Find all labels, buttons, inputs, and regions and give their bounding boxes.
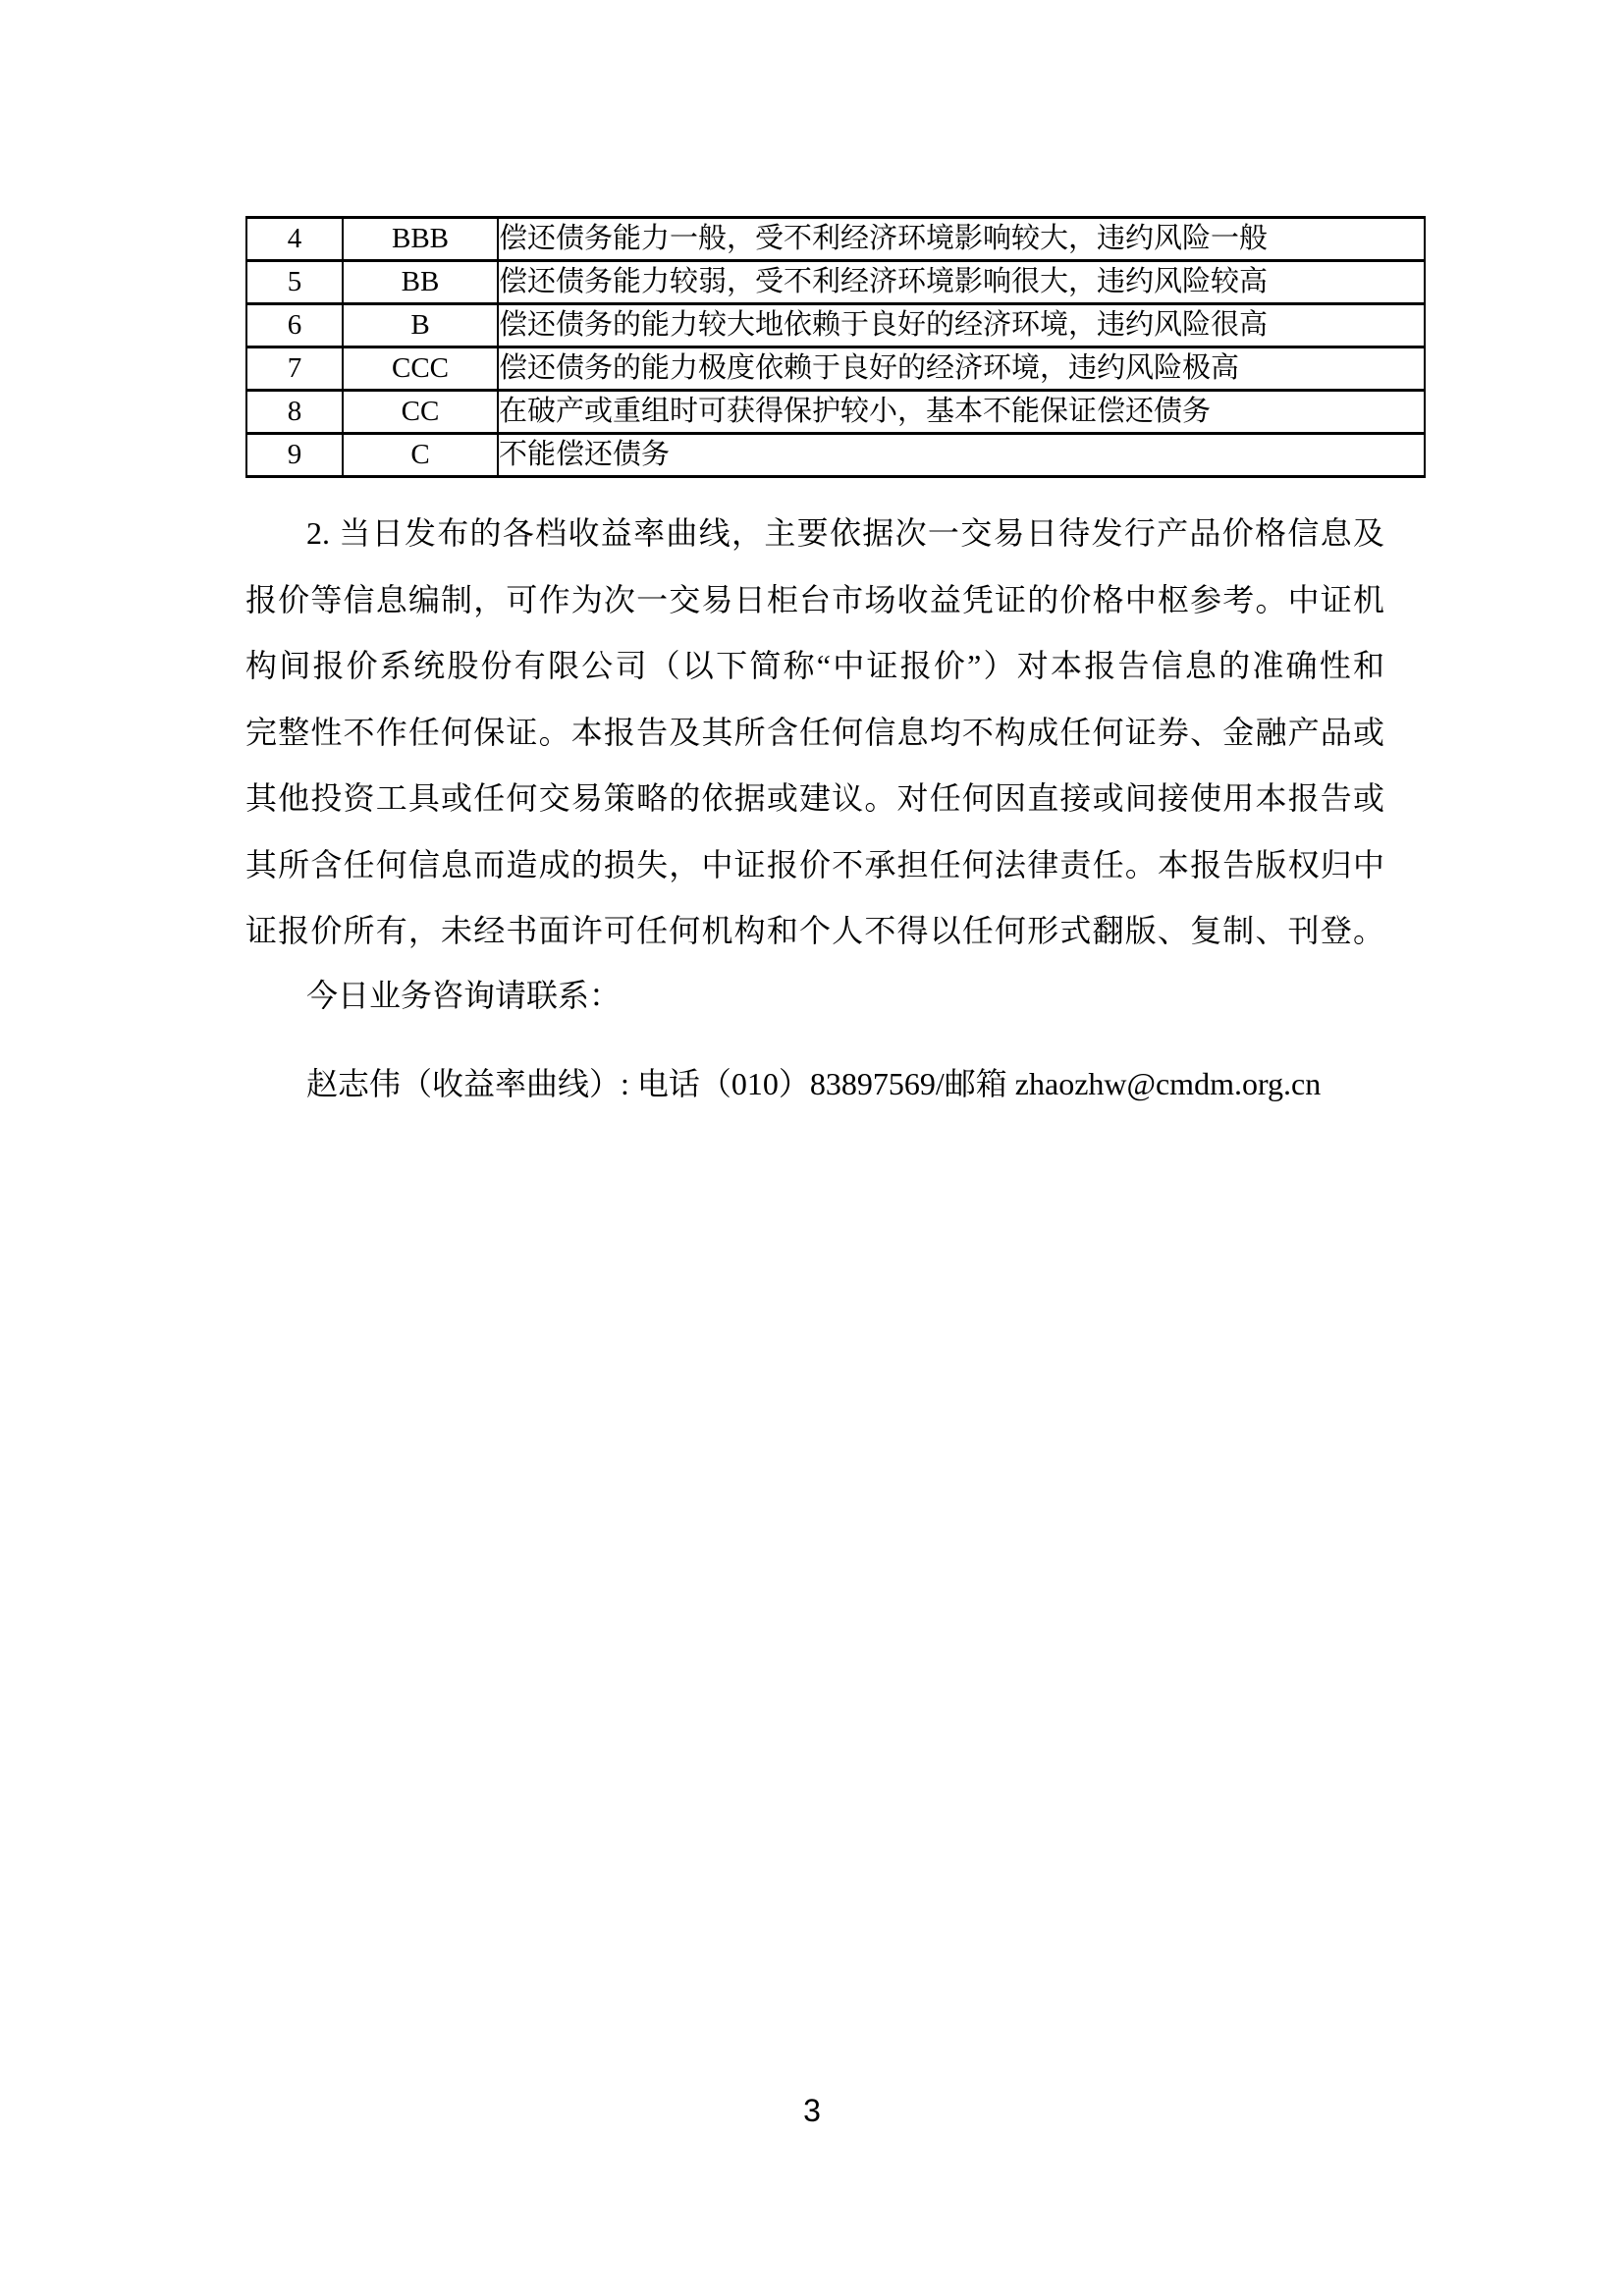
rating-description: 偿还债务的能力极度依赖于良好的经济环境，违约风险极高 [498,347,1425,391]
rating-symbol: BB [343,261,498,304]
rating-description: 偿还债务能力一般，受不利经济环境影响较大，违约风险一般 [498,218,1425,261]
paragraph-line: 其他投资工具或任何交易策略的依据或建议。对任何因直接或间接使用本报告或 [245,766,1384,832]
table-row: 4 BBB 偿还债务能力一般，受不利经济环境影响较大，违约风险一般 [246,218,1425,261]
paragraph-line: 构间报价系统股份有限公司（以下简称“中证报价”）对本报告信息的准确性和 [245,633,1384,700]
rating-symbol: B [343,304,498,347]
rating-symbol: CC [343,391,498,434]
disclaimer-paragraph: 2. 当日发布的各档收益率曲线，主要依据次一交易日待发行产品价格信息及 报价等信… [245,501,1384,965]
rating-description: 偿还债务的能力较大地依赖于良好的经济环境，违约风险很高 [498,304,1425,347]
credit-rating-table: 4 BBB 偿还债务能力一般，受不利经济环境影响较大，违约风险一般 5 BB 偿… [245,216,1426,478]
table-row: 9 C 不能偿还债务 [246,434,1425,477]
table-row: 8 CC 在破产或重组时可获得保护较小，基本不能保证偿还债务 [246,391,1425,434]
paragraph-line: 报价等信息编制，可作为次一交易日柜台市场收益凭证的价格中枢参考。中证机 [245,567,1384,634]
table-row: 7 CCC 偿还债务的能力极度依赖于良好的经济环境，违约风险极高 [246,347,1425,391]
rating-description: 在破产或重组时可获得保护较小，基本不能保证偿还债务 [498,391,1425,434]
rating-description: 不能偿还债务 [498,434,1425,477]
rating-row-number: 7 [246,347,343,391]
contact-info-line: 赵志伟（收益率曲线）: 电话（010）83897569/邮箱 zhaozhw@c… [306,1051,1321,1118]
rating-symbol: C [343,434,498,477]
rating-row-number: 5 [246,261,343,304]
rating-row-number: 4 [246,218,343,261]
table-row: 6 B 偿还债务的能力较大地依赖于良好的经济环境，违约风险很高 [246,304,1425,347]
paragraph-line: 2. 当日发布的各档收益率曲线，主要依据次一交易日待发行产品价格信息及 [245,501,1384,567]
rating-symbol: CCC [343,347,498,391]
rating-description: 偿还债务能力较弱，受不利经济环境影响很大，违约风险较高 [498,261,1425,304]
rating-row-number: 9 [246,434,343,477]
table-row: 5 BB 偿还债务能力较弱，受不利经济环境影响很大，违约风险较高 [246,261,1425,304]
page-number: 3 [0,2089,1624,2132]
document-page: 4 BBB 偿还债务能力一般，受不利经济环境影响较大，违约风险一般 5 BB 偿… [0,0,1624,2296]
paragraph-line: 完整性不作任何保证。本报告及其所含任何信息均不构成任何证券、金融产品或 [245,700,1384,767]
rating-symbol: BBB [343,218,498,261]
rating-row-number: 6 [246,304,343,347]
rating-row-number: 8 [246,391,343,434]
paragraph-line: 证报价所有，未经书面许可任何机构和个人不得以任何形式翻版、复制、刊登。 [245,898,1384,965]
paragraph-line: 其所含任何信息而造成的损失，中证报价不承担任何法律责任。本报告版权归中 [245,832,1384,899]
contact-heading: 今日业务咨询请联系： [306,963,621,1030]
